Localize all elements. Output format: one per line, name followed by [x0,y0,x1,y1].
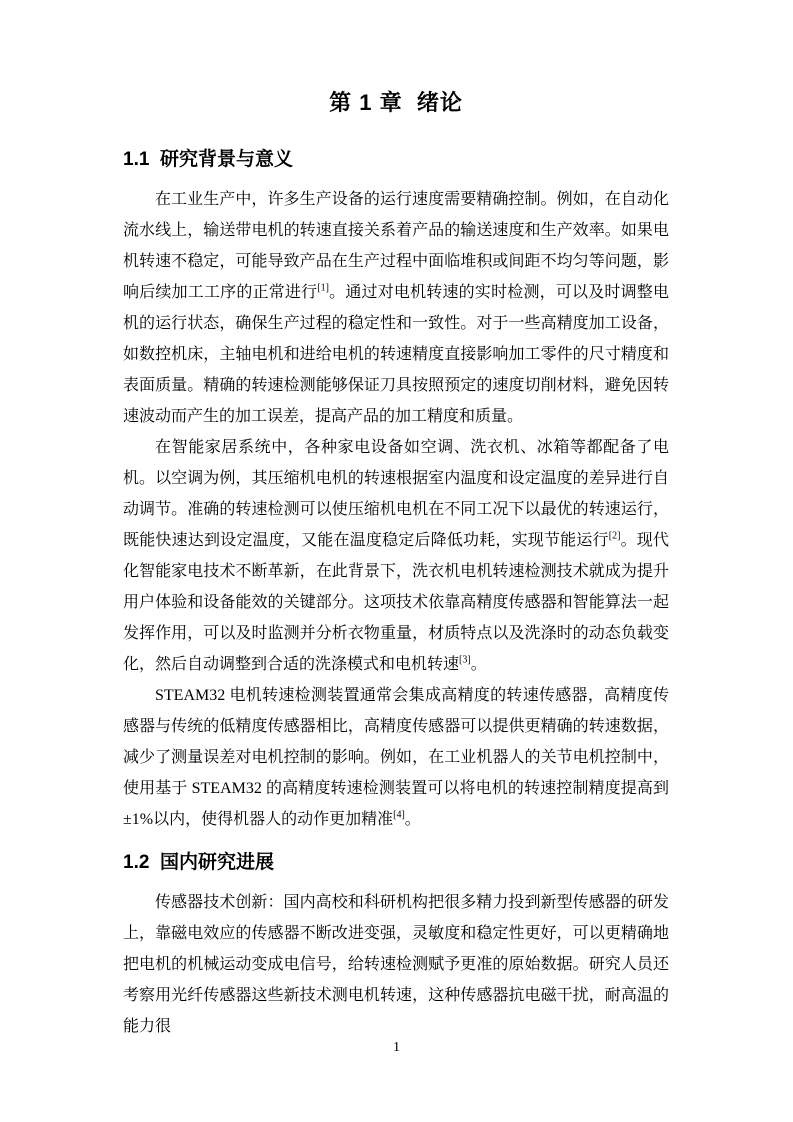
page-number: 1 [0,1039,793,1057]
paragraph-text: 。 [471,656,487,673]
section-heading-1-2: 1.2 国内研究进展 [123,849,669,877]
paragraph-text: 传感器技术创新：国内高校和科研机构把很多精力投到新型传感器的研发上，靠磁电效应的… [123,894,669,1035]
section-domestic-progress: 1.2 国内研究进展 传感器技术创新：国内高校和科研机构把很多精力投到新型传感器… [123,849,669,1042]
paragraph: 在智能家居系统中，各种家电设备如空调、洗衣机、冰箱等都配备了电机。以空调为例，其… [123,432,669,680]
paragraph-text: STEAM32 电机转速检测装置通常会集成高精度的转速传感器，高精度传感器与传统… [123,687,669,828]
section-body-1-1: 在工业生产中，许多生产设备的运行速度需要精确控制。例如，在自动化流水线上，输送带… [123,184,669,835]
citation-superscript: [4] [393,810,405,821]
citation-superscript: [2] [609,531,621,542]
paragraph: 传感器技术创新：国内高校和科研机构把很多精力投到新型传感器的研发上，靠磁电效应的… [123,887,669,1042]
paragraph: 在工业生产中，许多生产设备的运行速度需要精确控制。例如，在自动化流水线上，输送带… [123,184,669,432]
page-content: 第 1 章 绪论 1.1 研究背景与意义 在工业生产中，许多生产设备的运行速度需… [123,0,669,1042]
paragraph-text: 在智能家居系统中，各种家电设备如空调、洗衣机、冰箱等都配备了电机。以空调为例，其… [123,439,669,549]
paragraph-text: 。现代化智能家电技术不断革新，在此背景下，洗衣机电机转速检测技术就成为提升用户体… [123,532,669,673]
citation-superscript: [1] [317,283,329,294]
paragraph-text: 。 [405,811,421,828]
section-research-background: 1.1 研究背景与意义 在工业生产中，许多生产设备的运行速度需要精确控制。例如，… [123,146,669,835]
chapter-title: 第 1 章 绪论 [123,88,669,118]
section-body-1-2: 传感器技术创新：国内高校和科研机构把很多精力投到新型传感器的研发上，靠磁电效应的… [123,887,669,1042]
document-page: 第 1 章 绪论 1.1 研究背景与意义 在工业生产中，许多生产设备的运行速度需… [0,0,793,1122]
paragraph-text: 。通过对电机转速的实时检测，可以及时调整电机的运行状态，确保生产过程的稳定性和一… [123,284,669,425]
paragraph: STEAM32 电机转速检测装置通常会集成高精度的转速传感器，高精度传感器与传统… [123,680,669,835]
section-heading-1-1: 1.1 研究背景与意义 [123,146,669,174]
citation-superscript: [3] [459,655,471,666]
